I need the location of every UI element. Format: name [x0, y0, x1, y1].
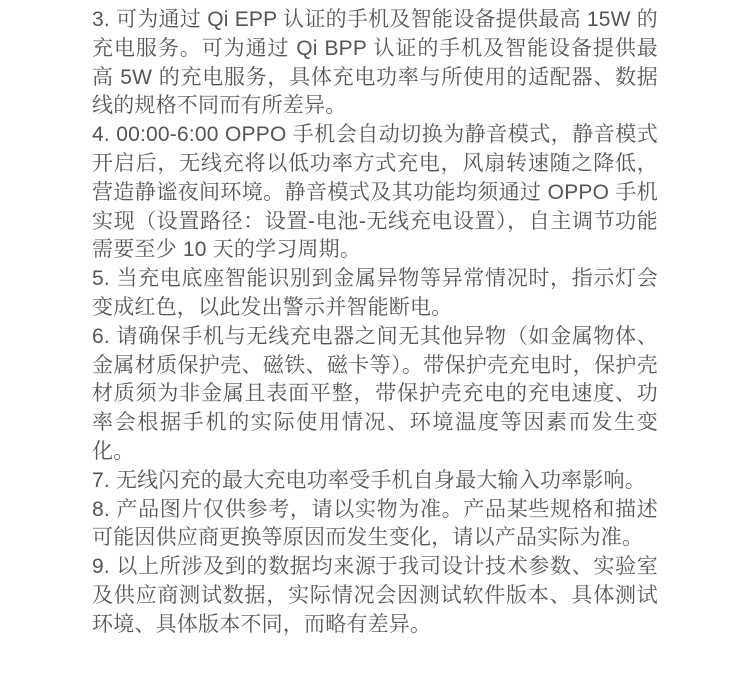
note-item-5: 5. 当充电底座智能识别到金属异物等异常情况时，指示灯会变成红色，以此发出警示并… [92, 265, 658, 323]
product-notes-block: 3. 可为通过 Qi EPP 认证的手机及智能设备提供最高 15W 的充电服务。… [92, 6, 658, 640]
note-item-8: 8. 产品图片仅供参考，请以实物为准。产品某些规格和描述可能因供应商更换等原因而… [92, 496, 658, 554]
product-detail-page: 3. 可为通过 Qi EPP 认证的手机及智能设备提供最高 15W 的充电服务。… [0, 0, 750, 692]
note-item-3: 3. 可为通过 Qi EPP 认证的手机及智能设备提供最高 15W 的充电服务。… [92, 6, 658, 121]
note-item-7: 7. 无线闪充的最大充电功率受手机自身最大输入功率影响。 [92, 467, 658, 496]
note-item-4: 4. 00:00-6:00 OPPO 手机会自动切换为静音模式，静音模式开启后，… [92, 121, 658, 265]
note-item-9: 9. 以上所涉及到的数据均来源于我司设计技术参数、实验室及供应商测试数据，实际情… [92, 553, 658, 639]
note-item-6: 6. 请确保手机与无线充电器之间无其他异物（如金属物体、金属材质保护壳、磁铁、磁… [92, 323, 658, 467]
